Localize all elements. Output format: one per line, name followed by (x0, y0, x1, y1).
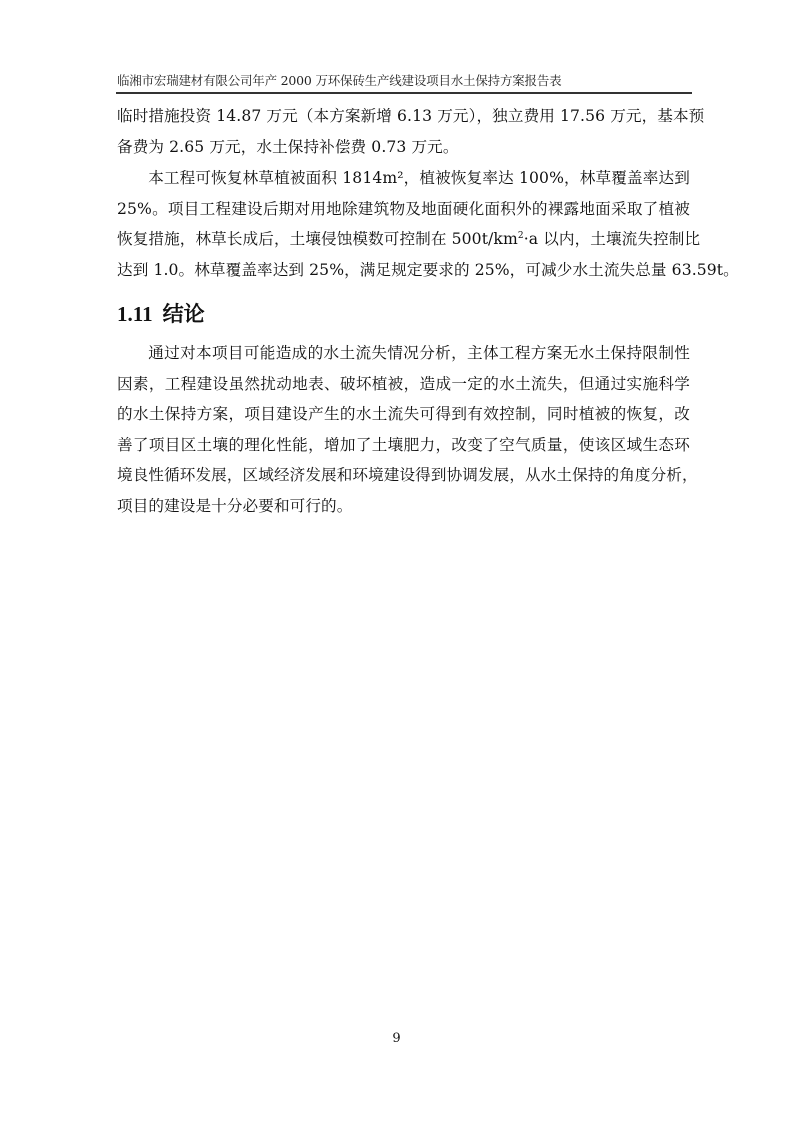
section-number: 1.11 (117, 302, 153, 326)
paragraph-conclusion: 通过对本项目可能造成的水土流失情况分析，主体工程方案无水土保持限制性 因素，工程… (117, 338, 690, 521)
paragraph-investment: 临时措施投资 14.87 万元（本方案新增 6.13 万元），独立费用 17.5… (117, 101, 690, 162)
text-line: 达到 1.0。林草覆盖率达到 25%，满足规定要求的 25%，可减少水土流失总量… (117, 255, 690, 286)
text-line-with-unit: 恢复措施，林草长成后，土壤侵蚀模数可控制在 500t/km2·a 以内，土壤流失… (117, 224, 690, 255)
text-line: 本工程可恢复林草植被面积 1814m²，植被恢复率达 100%，林草覆盖率达到 (117, 163, 690, 194)
text-line: 备费为 2.65 万元，水土保持补偿费 0.73 万元。 (117, 132, 690, 163)
text-line: 善了项目区土壤的理化性能，增加了土壤肥力，改变了空气质量，使该区域生态环 (117, 430, 690, 461)
section-heading: 1.11结论 (117, 298, 205, 328)
running-header: 临湘市宏瑞建材有限公司年产 2000 万环保砖生产线建设项目水土保持方案报告表 (117, 71, 690, 89)
text-line: 境良性循环发展，区域经济发展和环境建设得到协调发展，从水土保持的角度分析， (117, 460, 690, 491)
text-line: 因素，工程建设虽然扰动地表、破坏植被，造成一定的水土流失，但通过实施科学 (117, 369, 690, 400)
page-number: 9 (0, 1031, 793, 1046)
text-line: 临时措施投资 14.87 万元（本方案新增 6.13 万元），独立费用 17.5… (117, 101, 690, 132)
text-line: 的水土保持方案，项目建设产生的水土流失可得到有效控制，同时植被的恢复，改 (117, 399, 690, 430)
text-segment: ·a 以内，土壤流失控制比 (524, 230, 700, 248)
text-line: 通过对本项目可能造成的水土流失情况分析，主体工程方案无水土保持限制性 (117, 338, 690, 369)
text-line: 25%。项目工程建设后期对用地除建筑物及地面硬化面积外的裸露地面采取了植被 (117, 194, 690, 225)
text-line: 项目的建设是十分必要和可行的。 (117, 491, 690, 522)
text-segment: 恢复措施，林草长成后，土壤侵蚀模数可控制在 500t/km (117, 230, 518, 248)
section-title: 结论 (163, 302, 205, 326)
paragraph-vegetation: 本工程可恢复林草植被面积 1814m²，植被恢复率达 100%，林草覆盖率达到 … (117, 163, 690, 285)
header-divider (116, 92, 692, 94)
